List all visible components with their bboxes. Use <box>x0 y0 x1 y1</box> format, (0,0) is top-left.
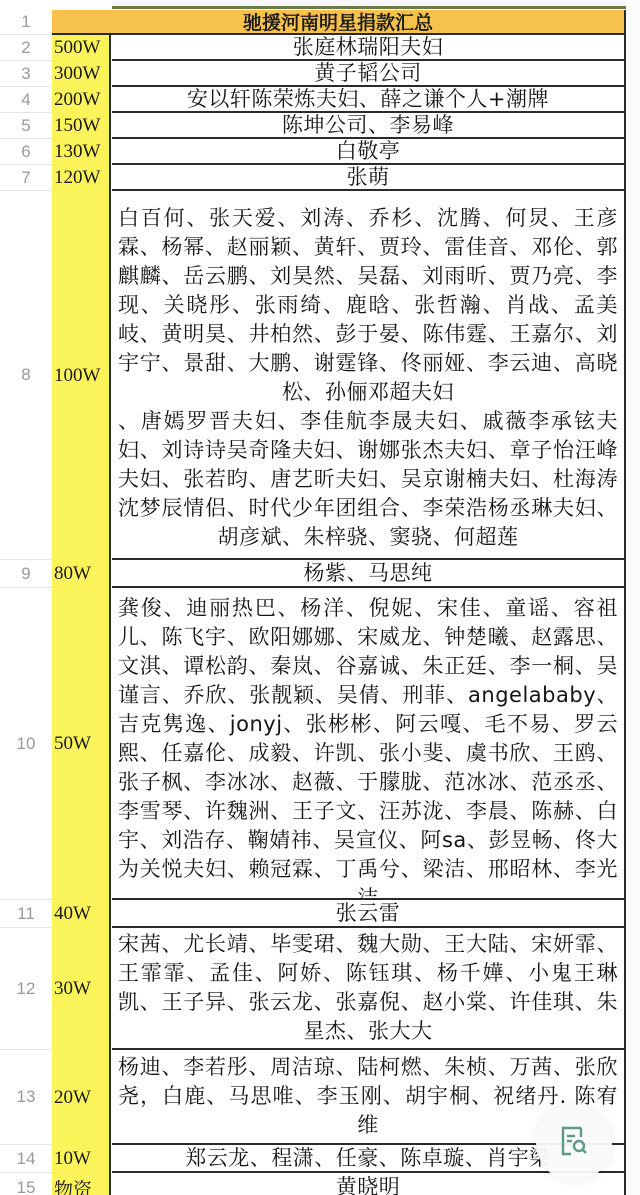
names-cell[interactable]: 龚俊、迪丽热巴、杨洋、倪妮、宋佳、童谣、容祖儿、陈飞宇、欧阳娜娜、宋威龙、钟楚曦… <box>112 588 626 900</box>
names-cell[interactable]: 黄子韬公司 <box>112 61 626 87</box>
amount-cell[interactable]: 80W <box>52 560 111 588</box>
row-number[interactable]: 11 <box>0 900 52 928</box>
names-cell[interactable]: 黄晓明 <box>112 1173 626 1195</box>
row-number[interactable]: 8 <box>0 191 52 560</box>
row-number[interactable]: 4 <box>0 87 52 113</box>
amount-cell[interactable]: 500W <box>52 35 111 61</box>
amount-cell[interactable]: 20W <box>52 1050 111 1145</box>
amount-cell[interactable]: 50W <box>52 588 111 900</box>
table-row[interactable]: 10 50W 龚俊、迪丽热巴、杨洋、倪妮、宋佳、童谣、容祖儿、陈飞宇、欧阳娜娜、… <box>0 588 640 900</box>
row-number[interactable]: 12 <box>0 928 52 1050</box>
table-row[interactable]: 8 100W 白百何、张天爱、刘涛、乔杉、沈腾、何炅、王彦霖、杨幂、赵丽颖、黄轩… <box>0 191 640 560</box>
names-block: 白百何、张天爱、刘涛、乔杉、沈腾、何炅、王彦霖、杨幂、赵丽颖、黄轩、贾玲、雷佳音… <box>118 204 618 407</box>
title-row[interactable]: 1 驰援河南明星捐款汇总 <box>0 10 640 35</box>
table-row[interactable]: 6 130W 白敬亭 <box>0 139 640 165</box>
table-row[interactable]: 12 30W 宋茜、尤长靖、毕雯珺、魏大勋、王大陆、宋妍霏、王霏霏、孟佳、阿娇、… <box>0 928 640 1050</box>
names-cell[interactable]: 张云雷 <box>112 900 626 928</box>
row-number[interactable]: 9 <box>0 560 52 588</box>
amount-cell[interactable]: 30W <box>52 928 111 1050</box>
row-number[interactable]: 10 <box>0 588 52 900</box>
names-cell[interactable]: 安以轩陈荣炼夫妇、薛之谦个人+潮牌 <box>112 87 626 113</box>
row-number[interactable]: 7 <box>0 165 52 191</box>
amount-cell[interactable]: 10W <box>52 1145 111 1173</box>
amount-cell[interactable]: 300W <box>52 61 111 87</box>
row-number[interactable]: 1 <box>0 10 52 35</box>
names-cell[interactable]: 陈坤公司、李易峰 <box>112 113 626 139</box>
row-number[interactable]: 5 <box>0 113 52 139</box>
names-cell[interactable]: 宋茜、尤长靖、毕雯珺、魏大勋、王大陆、宋妍霏、王霏霏、孟佳、阿娇、陈钰琪、杨千嬅… <box>112 928 626 1050</box>
table-row[interactable]: 15 物资 黄晓明 <box>0 1173 640 1195</box>
names-cell[interactable]: 白百何、张天爱、刘涛、乔杉、沈腾、何炅、王彦霖、杨幂、赵丽颖、黄轩、贾玲、雷佳音… <box>112 191 626 560</box>
names-cell[interactable]: 张萌 <box>112 165 626 191</box>
names-block: 、唐嫣罗晋夫妇、李佳航李晟夫妇、戚薇李承铉夫妇、刘诗诗吴奇隆夫妇、谢娜张杰夫妇、… <box>118 407 618 552</box>
table-row[interactable]: 7 120W 张萌 <box>0 165 640 191</box>
names-cell[interactable]: 杨紫、马思纯 <box>112 560 626 588</box>
table-row[interactable]: 3 300W 黄子韬公司 <box>0 61 640 87</box>
row-number[interactable]: 14 <box>0 1145 52 1173</box>
names-cell[interactable]: 张庭林瑞阳夫妇 <box>112 35 626 61</box>
row-number[interactable]: 13 <box>0 1050 52 1145</box>
amount-cell[interactable]: 40W <box>52 900 111 928</box>
amount-cell[interactable]: 120W <box>52 165 111 191</box>
table-row[interactable]: 9 80W 杨紫、马思纯 <box>0 560 640 588</box>
names-cell[interactable]: 白敬亭 <box>112 139 626 165</box>
table-row[interactable]: 2 500W 张庭林瑞阳夫妇 <box>0 35 640 61</box>
document-search-icon <box>557 1124 591 1162</box>
amount-cell[interactable]: 130W <box>52 139 111 165</box>
row-number[interactable]: 15 <box>0 1173 52 1195</box>
sheet-title[interactable]: 驰援河南明星捐款汇总 <box>52 10 626 35</box>
amount-cell[interactable]: 100W <box>52 191 111 560</box>
amount-cell[interactable]: 150W <box>52 113 111 139</box>
row-number[interactable]: 2 <box>0 35 52 61</box>
amount-cell[interactable]: 物资 <box>52 1173 111 1195</box>
document-search-button[interactable] <box>536 1105 612 1181</box>
table-row[interactable]: 5 150W 陈坤公司、李易峰 <box>0 113 640 139</box>
amount-cell[interactable]: 200W <box>52 87 111 113</box>
table-row[interactable]: 4 200W 安以轩陈荣炼夫妇、薛之谦个人+潮牌 <box>0 87 640 113</box>
row-number[interactable]: 6 <box>0 139 52 165</box>
row-number[interactable]: 3 <box>0 61 52 87</box>
table-row[interactable]: 11 40W 张云雷 <box>0 900 640 928</box>
